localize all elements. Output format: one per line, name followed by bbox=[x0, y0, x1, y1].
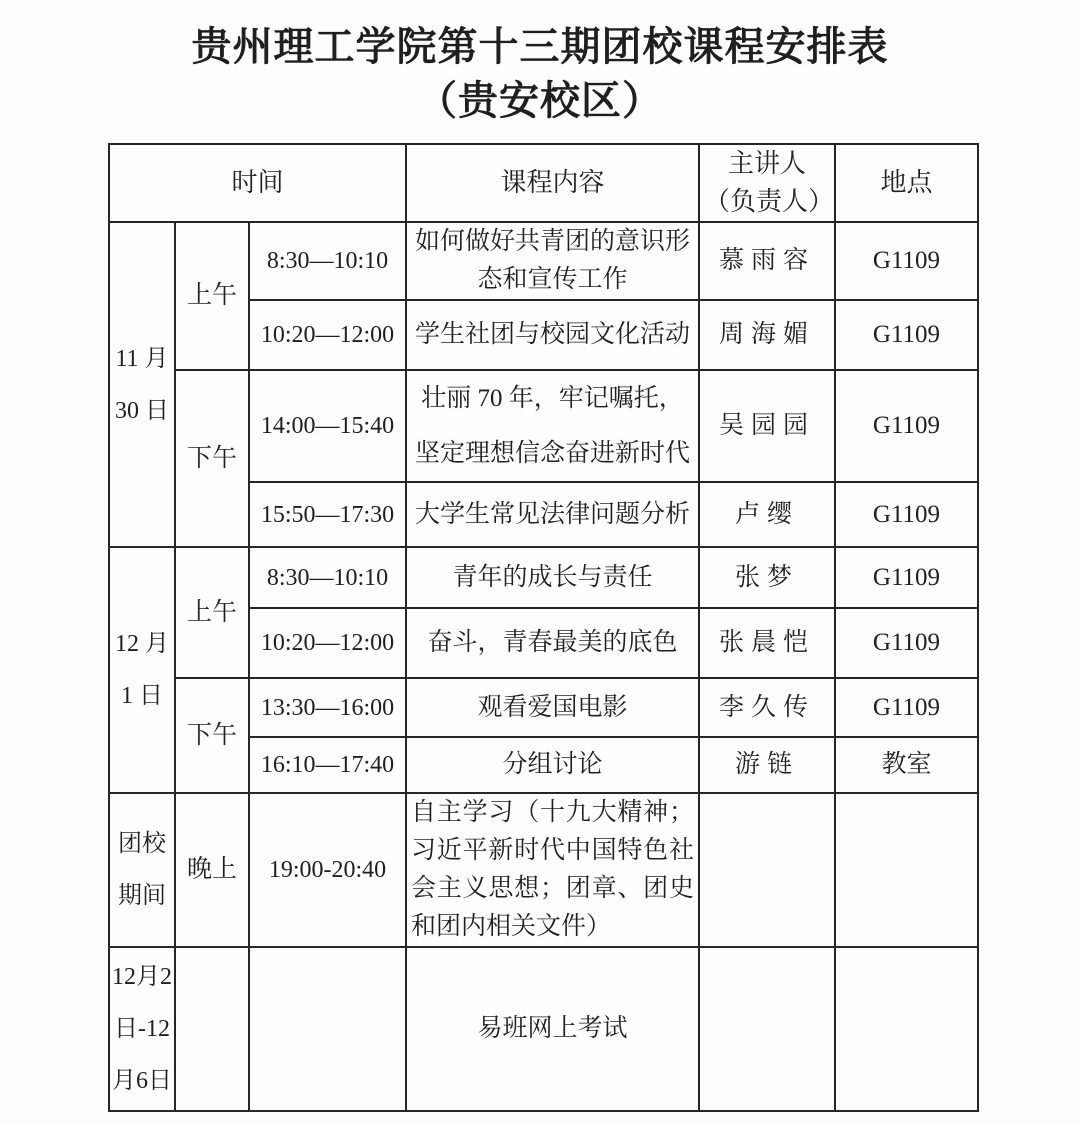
table-header-row: 时间 课程内容 主讲人 （负责人） 地点 bbox=[109, 144, 978, 222]
cell-location: G1109 bbox=[835, 547, 978, 608]
cell-course: 青年的成长与责任 bbox=[406, 547, 699, 608]
cell-period: 上午 bbox=[175, 222, 249, 370]
cell-speaker: 李久传 bbox=[699, 678, 835, 737]
cell-period: 下午 bbox=[175, 370, 249, 547]
cell-location: G1109 bbox=[835, 222, 978, 300]
cell-course: 易班网上考试 bbox=[406, 947, 699, 1111]
cell-period: 晚上 bbox=[175, 793, 249, 947]
cell-time bbox=[249, 947, 406, 1111]
table-row: 11 月 30 日 上午 8:30—10:10 如何做好共青团的意识形态和宣传工… bbox=[109, 222, 978, 300]
title-line-2: （贵安校区） bbox=[0, 74, 1080, 128]
cell-course: 奋斗，青春最美的底色 bbox=[406, 608, 699, 678]
cell-date: 12 月 1 日 bbox=[109, 547, 175, 793]
cell-time: 14:00—15:40 bbox=[249, 370, 406, 482]
table-row: 团校 期间 晚上 19:00-20:40 自主学习（十九大精神；习近平新时代中国… bbox=[109, 793, 978, 947]
cell-period: 下午 bbox=[175, 678, 249, 793]
cell-speaker: 游链 bbox=[699, 737, 835, 793]
cell-time: 19:00-20:40 bbox=[249, 793, 406, 947]
cell-course: 自主学习（十九大精神；习近平新时代中国特色社会主义思想；团章、团史和团内相关文件… bbox=[406, 793, 699, 947]
cell-location: G1109 bbox=[835, 482, 978, 547]
cell-course: 学生社团与校园文化活动 bbox=[406, 300, 699, 370]
cell-speaker bbox=[699, 793, 835, 947]
cell-location bbox=[835, 947, 978, 1111]
cell-time: 8:30—10:10 bbox=[249, 547, 406, 608]
header-time: 时间 bbox=[109, 144, 406, 222]
cell-location: G1109 bbox=[835, 678, 978, 737]
schedule-table: 时间 课程内容 主讲人 （负责人） 地点 11 月 30 日 上午 8:30—1… bbox=[108, 143, 979, 1112]
cell-location: 教室 bbox=[835, 737, 978, 793]
cell-location: G1109 bbox=[835, 300, 978, 370]
cell-date: 11 月 30 日 bbox=[109, 222, 175, 547]
cell-date: 团校 期间 bbox=[109, 793, 175, 947]
cell-date: 12月2 日-12 月6日 bbox=[109, 947, 175, 1111]
cell-speaker: 吴园园 bbox=[699, 370, 835, 482]
title-line-1: 贵州理工学院第十三期团校课程安排表 bbox=[0, 20, 1080, 74]
table-row: 下午 14:00—15:40 壮丽 70 年，牢记嘱托，坚定理想信念奋进新时代 … bbox=[109, 370, 978, 482]
table-row: 12月2 日-12 月6日 易班网上考试 bbox=[109, 947, 978, 1111]
cell-course: 大学生常见法律问题分析 bbox=[406, 482, 699, 547]
document-page: { "document": { "title_line1": "贵州理工学院第十… bbox=[0, 0, 1080, 1124]
cell-time: 8:30—10:10 bbox=[249, 222, 406, 300]
header-course: 课程内容 bbox=[406, 144, 699, 222]
header-location: 地点 bbox=[835, 144, 978, 222]
cell-time: 16:10—17:40 bbox=[249, 737, 406, 793]
cell-speaker: 张梦 bbox=[699, 547, 835, 608]
cell-speaker: 卢缨 bbox=[699, 482, 835, 547]
table-row: 下午 13:30—16:00 观看爱国电影 李久传 G1109 bbox=[109, 678, 978, 737]
page-title: 贵州理工学院第十三期团校课程安排表 （贵安校区） bbox=[0, 0, 1080, 128]
cell-location: G1109 bbox=[835, 608, 978, 678]
cell-time: 10:20—12:00 bbox=[249, 300, 406, 370]
cell-time: 13:30—16:00 bbox=[249, 678, 406, 737]
cell-location: G1109 bbox=[835, 370, 978, 482]
cell-speaker: 周海媚 bbox=[699, 300, 835, 370]
cell-speaker: 慕雨容 bbox=[699, 222, 835, 300]
cell-course: 分组讨论 bbox=[406, 737, 699, 793]
cell-time: 10:20—12:00 bbox=[249, 608, 406, 678]
cell-period: 上午 bbox=[175, 547, 249, 678]
header-speaker: 主讲人 （负责人） bbox=[699, 144, 835, 222]
cell-location bbox=[835, 793, 978, 947]
cell-time: 15:50—17:30 bbox=[249, 482, 406, 547]
cell-speaker bbox=[699, 947, 835, 1111]
cell-course: 壮丽 70 年，牢记嘱托，坚定理想信念奋进新时代 bbox=[406, 370, 699, 482]
cell-course: 如何做好共青团的意识形态和宣传工作 bbox=[406, 222, 699, 300]
cell-course: 观看爱国电影 bbox=[406, 678, 699, 737]
cell-speaker: 张晨恺 bbox=[699, 608, 835, 678]
cell-period bbox=[175, 947, 249, 1111]
table-row: 12 月 1 日 上午 8:30—10:10 青年的成长与责任 张梦 G1109 bbox=[109, 547, 978, 608]
